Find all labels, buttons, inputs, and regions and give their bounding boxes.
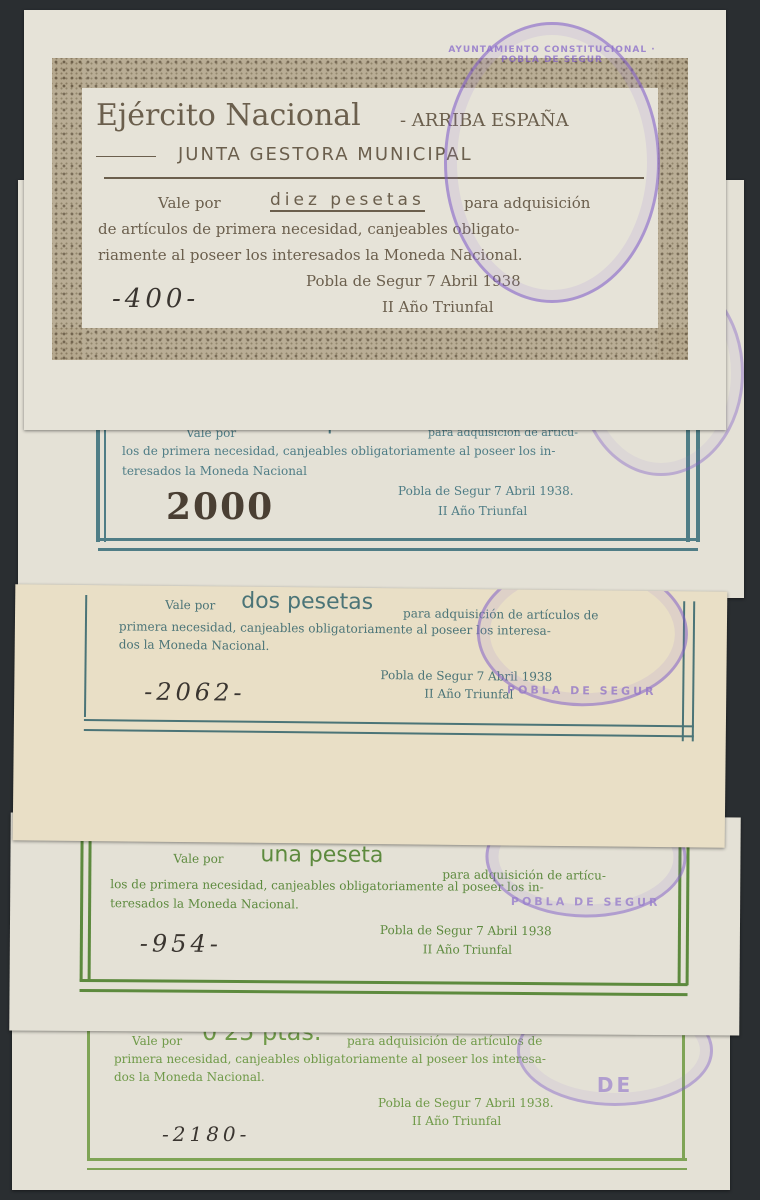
denomination: una peseta [260,842,383,868]
frame-bottom-outer [80,989,688,996]
vale-por-label: Vale por [132,1034,182,1048]
year-line: II Año Triunfal [412,1114,501,1128]
frame-left [96,420,100,542]
serial-number: -954- [140,929,222,958]
text-line-2: los de primera necesidad, canjeables obl… [110,877,544,894]
place-date: Pobla de Segur 7 Abril 1938. [398,484,574,498]
vale-por-label: Vale por [165,598,215,613]
frame-left-inner [88,831,92,981]
serial-number: 2000 [166,486,274,528]
stamp-seal-icon: AYUNTAMIENTO CONSTITUCIONAL · POBLA DE S… [444,22,660,303]
text-line-2: los de primera necesidad, canjeables obl… [122,444,555,458]
year-line: II Año Triunfal [438,504,527,518]
voucher-diez-pesetas: Ejército Nacional - ARRIBA ESPAÑA JUNTA … [24,10,726,430]
vale-por-label: Vale por [173,852,223,866]
frame-left-inner [104,420,106,542]
ornamental-border-left [52,58,82,360]
place-date: Pobla de Segur 7 Abril 1938 [380,923,552,938]
frame-bottom-outer [87,1168,687,1170]
frame-bottom [98,538,698,541]
frame-bottom [84,719,694,727]
text-line-3: teresados la Moneda Nacional [122,464,307,478]
frame-left [84,595,87,717]
text-line-3: teresados la Moneda Nacional. [110,896,299,911]
text-line-2: primera necesidad, canjeables obligatori… [114,1052,546,1066]
title: Ejército Nacional [96,98,361,133]
year-line: II Año Triunfal [424,687,513,702]
year-line: II Año Triunfal [382,298,494,316]
year-line: II Año Triunfal [423,942,512,957]
frame-left [87,1010,90,1160]
stamp-seal-icon: POBLA DE SEGUR [476,584,689,707]
denomination: dos pesetas [241,589,373,615]
frame-bottom-outer [84,729,694,737]
frame-right-outer [692,601,695,741]
serial-number: -400- [112,284,199,314]
voucher-dos-pesetas: Vale por dos pesetas para adquisición de… [13,584,728,847]
frame-bottom [87,1158,687,1161]
frame-left [80,831,84,981]
frame-bottom [80,979,688,986]
subtitle-left-rule [96,156,156,157]
text-line-1-tail: para adquisición de artículos de [347,1034,542,1048]
serial-number: -2180- [162,1122,250,1146]
frame-bottom-outer [98,548,698,551]
denomination: diez pesetas [270,190,425,212]
text-line-3: riamente al poseer los interesados la Mo… [98,246,523,264]
ornamental-border-right [658,58,688,360]
ornamental-border-bottom [52,328,688,360]
text-line-3: dos la Moneda Nacional. [114,1070,265,1084]
text-line-3: dos la Moneda Nacional. [119,637,270,653]
serial-number: -2062- [144,678,246,707]
subtitle: JUNTA GESTORA MUNICIPAL [178,144,473,165]
place-date: Pobla de Segur 7 Abril 1938. [378,1096,554,1110]
vale-por-label: Vale por [158,194,221,212]
